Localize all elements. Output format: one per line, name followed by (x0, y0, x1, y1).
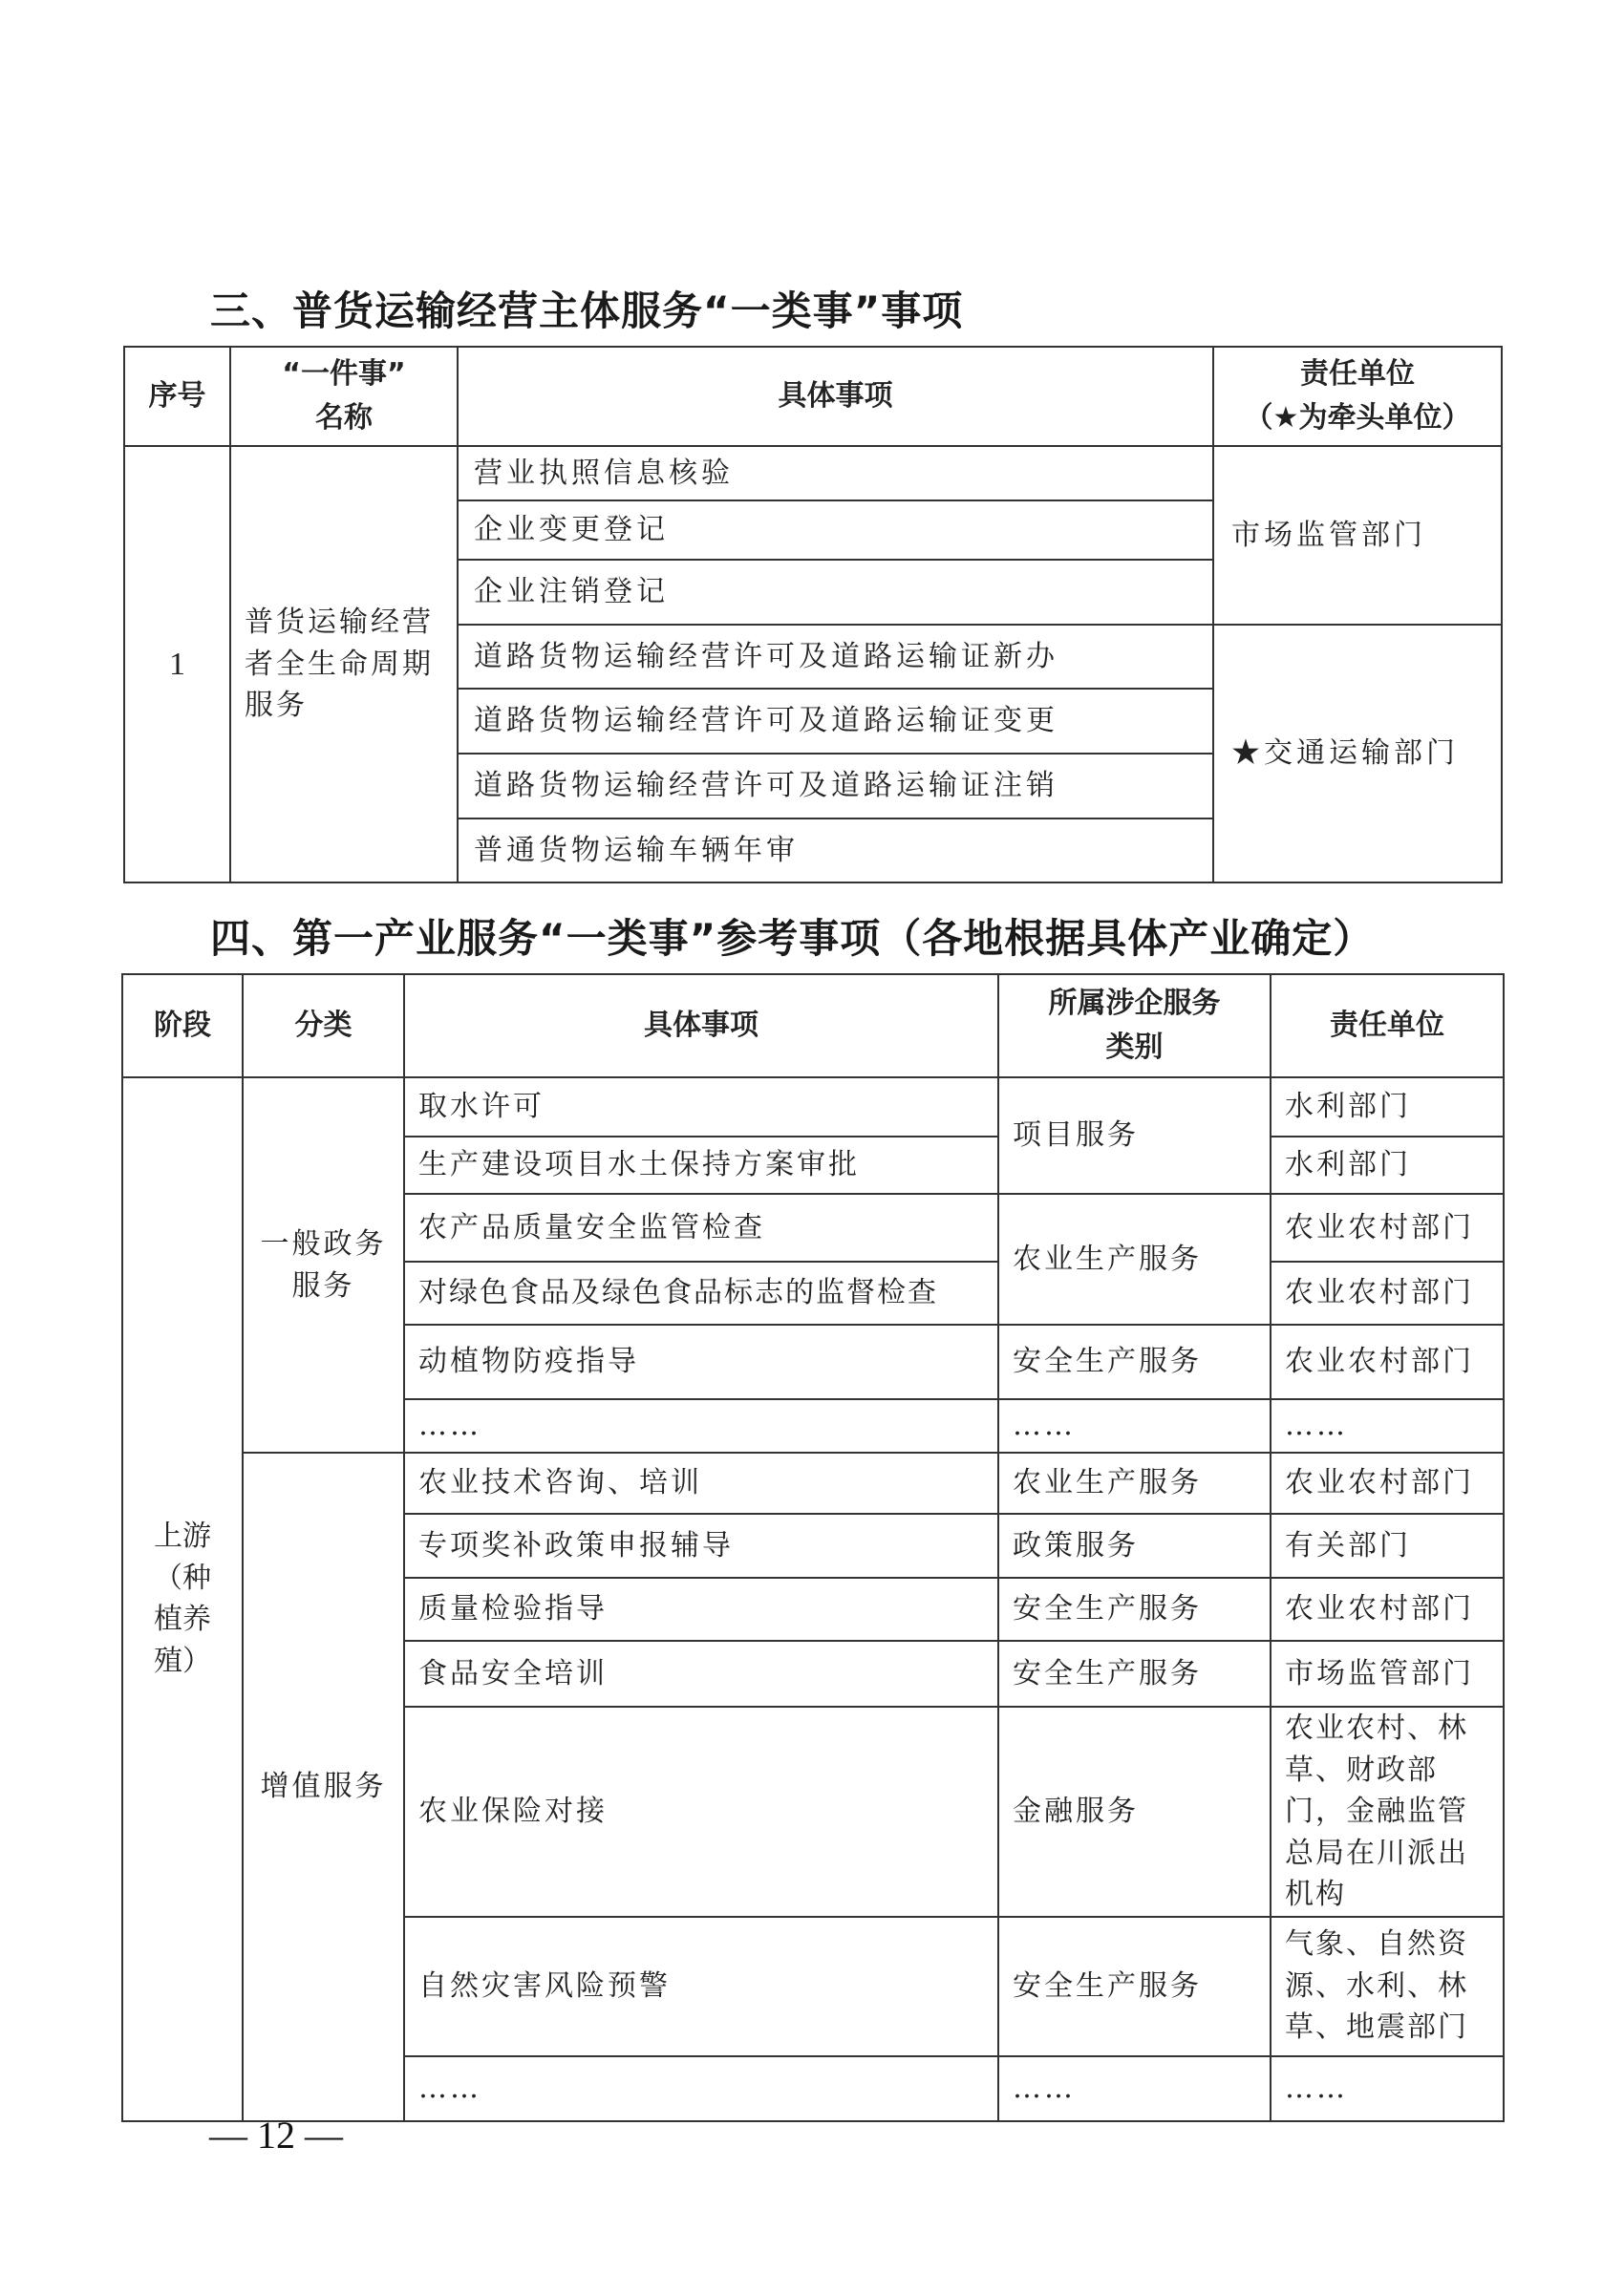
item-cell: 动植物防疫指导 (404, 1325, 998, 1399)
item-cell: 生产建设项目水土保持方案审批 (404, 1137, 998, 1194)
unit-cell: 农业农村部门 (1271, 1325, 1504, 1399)
type-cell-ellipsis: …… (998, 2056, 1271, 2121)
unit-cell: 气象、自然资源、水利、林草、地震部门 (1271, 1917, 1504, 2056)
header-item: 具体事项 (458, 347, 1213, 446)
section-4-table: 阶段 分类 具体事项 所属涉企服务 类别 责任单位 上游（种植养殖） 一般政务服… (121, 973, 1505, 2122)
header-name-line2: 名称 (231, 396, 457, 441)
item-cell-ellipsis: …… (404, 2056, 998, 2121)
type-cell: 政策服务 (998, 1514, 1271, 1578)
seq-cell: 1 (124, 446, 230, 882)
item-cell-ellipsis: …… (404, 1399, 998, 1453)
table-row: 上游（种植养殖） 一般政务服务 取水许可 项目服务 水利部门 (122, 1077, 1504, 1137)
type-cell: 农业生产服务 (998, 1194, 1271, 1325)
item-cell: 企业注销登记 (458, 560, 1213, 625)
stage-cell: 上游（种植养殖） (122, 1077, 243, 2121)
unit-cell: 农业农村部门 (1271, 1194, 1504, 1262)
item-cell: 道路货物运输经营许可及道路运输证注销 (458, 754, 1213, 818)
header-type: 所属涉企服务 类别 (998, 974, 1271, 1077)
item-cell: 食品安全培训 (404, 1641, 998, 1707)
header-category: 分类 (243, 974, 404, 1077)
header-unit: 责任单位 （★为牵头单位） (1213, 347, 1502, 446)
category-cell: 一般政务服务 (243, 1077, 404, 1453)
table-row: 增值服务 农业技术咨询、培训 农业生产服务 农业农村部门 (122, 1453, 1504, 1514)
page-number: — 12 — (209, 2116, 343, 2155)
unit-cell: 农业农村部门 (1271, 1453, 1504, 1514)
type-cell-ellipsis: …… (998, 1399, 1271, 1453)
unit-cell: 水利部门 (1271, 1077, 1504, 1137)
item-cell: 道路货物运输经营许可及道路运输证新办 (458, 625, 1213, 689)
type-cell: 金融服务 (998, 1707, 1271, 1917)
unit-cell: 有关部门 (1271, 1514, 1504, 1578)
header-row: 阶段 分类 具体事项 所属涉企服务 类别 责任单位 (122, 974, 1504, 1077)
section-3-table: 序号 “一件事” 名称 具体事项 责任单位 （★为牵头单位） 1 普货运输经营者… (123, 346, 1503, 883)
type-cell: 安全生产服务 (998, 1578, 1271, 1641)
item-cell: 自然灾害风险预警 (404, 1917, 998, 2056)
type-cell: 安全生产服务 (998, 1641, 1271, 1707)
header-name: “一件事” 名称 (230, 347, 458, 446)
item-cell: 质量检验指导 (404, 1578, 998, 1641)
item-cell: 取水许可 (404, 1077, 998, 1137)
unit-cell: 农业农村部门 (1271, 1578, 1504, 1641)
header-stage: 阶段 (122, 974, 243, 1077)
section-4-title: 四、第一产业服务“一类事”参考事项（各地根据具体产业确定） (210, 919, 1374, 959)
header-unit-line2: （★为牵头单位） (1214, 396, 1501, 441)
type-cell: 农业生产服务 (998, 1453, 1271, 1514)
header-type-line2: 类别 (999, 1026, 1270, 1071)
header-name-line1: “一件事” (231, 352, 457, 397)
item-cell: 道路货物运输经营许可及道路运输证变更 (458, 689, 1213, 754)
header-item: 具体事项 (404, 974, 998, 1077)
item-cell: 农业技术咨询、培训 (404, 1453, 998, 1514)
unit-cell: 水利部门 (1271, 1137, 1504, 1194)
unit-cell: 市场监管部门 (1213, 446, 1502, 625)
unit-cell-lead: ★交通运输部门 (1213, 625, 1502, 882)
item-cell: 农业保险对接 (404, 1707, 998, 1917)
unit-cell-ellipsis: …… (1271, 2056, 1504, 2121)
header-seq: 序号 (124, 347, 230, 446)
item-cell: 营业执照信息核验 (458, 446, 1213, 500)
item-cell: 农产品质量安全监管检查 (404, 1194, 998, 1262)
service-name-cell: 普货运输经营者全生命周期服务 (230, 446, 458, 882)
header-type-line1: 所属涉企服务 (999, 982, 1270, 1027)
unit-cell: 市场监管部门 (1271, 1641, 1504, 1707)
type-cell: 安全生产服务 (998, 1325, 1271, 1399)
item-cell: 专项奖补政策申报辅导 (404, 1514, 998, 1578)
item-cell: 对绿色食品及绿色食品标志的监督检查 (404, 1262, 998, 1325)
item-cell: 企业变更登记 (458, 500, 1213, 560)
type-cell: 安全生产服务 (998, 1917, 1271, 2056)
header-unit-line1: 责任单位 (1214, 352, 1501, 397)
table-row: 1 普货运输经营者全生命周期服务 营业执照信息核验 市场监管部门 (124, 446, 1502, 500)
item-cell: 普通货物运输车辆年审 (458, 818, 1213, 882)
type-cell: 项目服务 (998, 1077, 1271, 1194)
unit-cell-ellipsis: …… (1271, 1399, 1504, 1453)
category-cell: 增值服务 (243, 1453, 404, 2121)
unit-cell: 农业农村、林草、财政部门，金融监管总局在川派出机构 (1271, 1707, 1504, 1917)
section-3-title: 三、普货运输经营主体服务“一类事”事项 (210, 291, 963, 331)
header-row: 序号 “一件事” 名称 具体事项 责任单位 （★为牵头单位） (124, 347, 1502, 446)
unit-cell: 农业农村部门 (1271, 1262, 1504, 1325)
header-unit: 责任单位 (1271, 974, 1504, 1077)
